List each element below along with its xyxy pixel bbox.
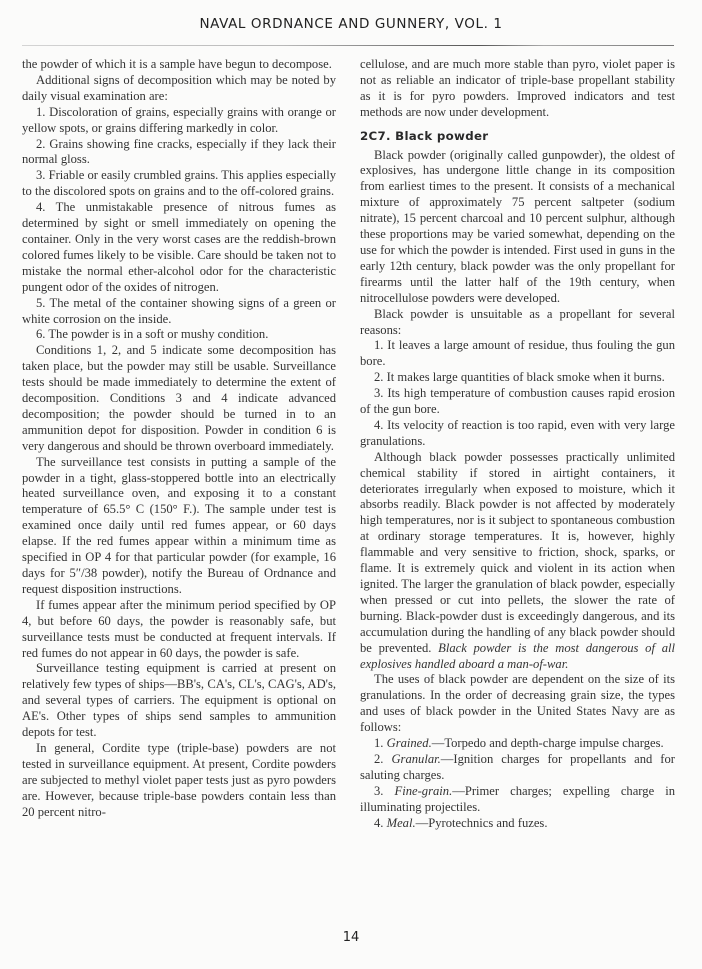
list-number: 2. bbox=[374, 752, 391, 766]
page-number: 14 bbox=[0, 930, 702, 945]
paragraph: If fumes appear after the minimum period… bbox=[22, 598, 336, 662]
paragraph: The surveillance test consists in puttin… bbox=[22, 455, 336, 598]
list-term: Fine-grain. bbox=[395, 784, 453, 798]
list-item: 4. Its velocity of reaction is too rapid… bbox=[360, 418, 675, 450]
list-item: 2. Granular.—Ignition charges for propel… bbox=[360, 752, 675, 784]
list-item: 3. Fine-grain.—Primer charges; expelling… bbox=[360, 784, 675, 816]
list-item: 6. The powder is in a soft or mushy cond… bbox=[22, 327, 336, 343]
left-column: the powder of which it is a sample have … bbox=[22, 57, 336, 821]
list-item: 3. Friable or easily crumbled grains. Th… bbox=[22, 168, 336, 200]
section-heading: 2C7. Black powder bbox=[360, 129, 675, 145]
paragraph: Conditions 1, 2, and 5 indicate some dec… bbox=[22, 343, 336, 454]
list-item: 5. The metal of the container showing si… bbox=[22, 296, 336, 328]
list-item: 4. Meal.—Pyrotechnics and fuzes. bbox=[360, 816, 675, 832]
list-number: 4. bbox=[374, 816, 387, 830]
list-description: —Torpedo and depth-charge impulse charge… bbox=[432, 736, 664, 750]
list-item: 1. Grained.—Torpedo and depth-charge imp… bbox=[360, 736, 675, 752]
list-item: 2. Grains showing fine cracks, especiall… bbox=[22, 137, 336, 169]
paragraph: the powder of which it is a sample have … bbox=[22, 57, 336, 73]
list-description: —Pyrotechnics and fuzes. bbox=[416, 816, 548, 830]
paragraph: Black powder (originally called gunpowde… bbox=[360, 148, 675, 307]
list-number: 1. bbox=[374, 736, 387, 750]
running-header: NAVAL ORDNANCE AND GUNNERY, VOL. 1 bbox=[0, 16, 702, 32]
list-item: 2. It makes large quantities of black sm… bbox=[360, 370, 675, 386]
list-number: 3. bbox=[374, 784, 395, 798]
list-term: Meal. bbox=[387, 816, 416, 830]
paragraph: Black powder is unsuitable as a propella… bbox=[360, 307, 675, 339]
paragraph: The uses of black powder are dependent o… bbox=[360, 672, 675, 736]
list-item: 1. Discoloration of grains, especially g… bbox=[22, 105, 336, 137]
list-item: 4. The unmistakable presence of nitrous … bbox=[22, 200, 336, 295]
list-term: Grained. bbox=[387, 736, 432, 750]
header-rule bbox=[22, 45, 674, 46]
paragraph: In general, Cordite type (triple-base) p… bbox=[22, 741, 336, 821]
paragraph: Although black powder possesses practica… bbox=[360, 450, 675, 673]
paragraph: Additional signs of decomposition which … bbox=[22, 73, 336, 105]
list-item: 1. It leaves a large amount of residue, … bbox=[360, 338, 675, 370]
right-column: cellulose, and are much more stable than… bbox=[360, 57, 675, 832]
list-item: 3. Its high temperature of combustion ca… bbox=[360, 386, 675, 418]
paragraph: Surveillance testing equipment is carrie… bbox=[22, 661, 336, 741]
list-term: Granular. bbox=[391, 752, 440, 766]
paragraph: cellulose, and are much more stable than… bbox=[360, 57, 675, 121]
paragraph-text: Although black powder possesses practica… bbox=[360, 450, 675, 655]
